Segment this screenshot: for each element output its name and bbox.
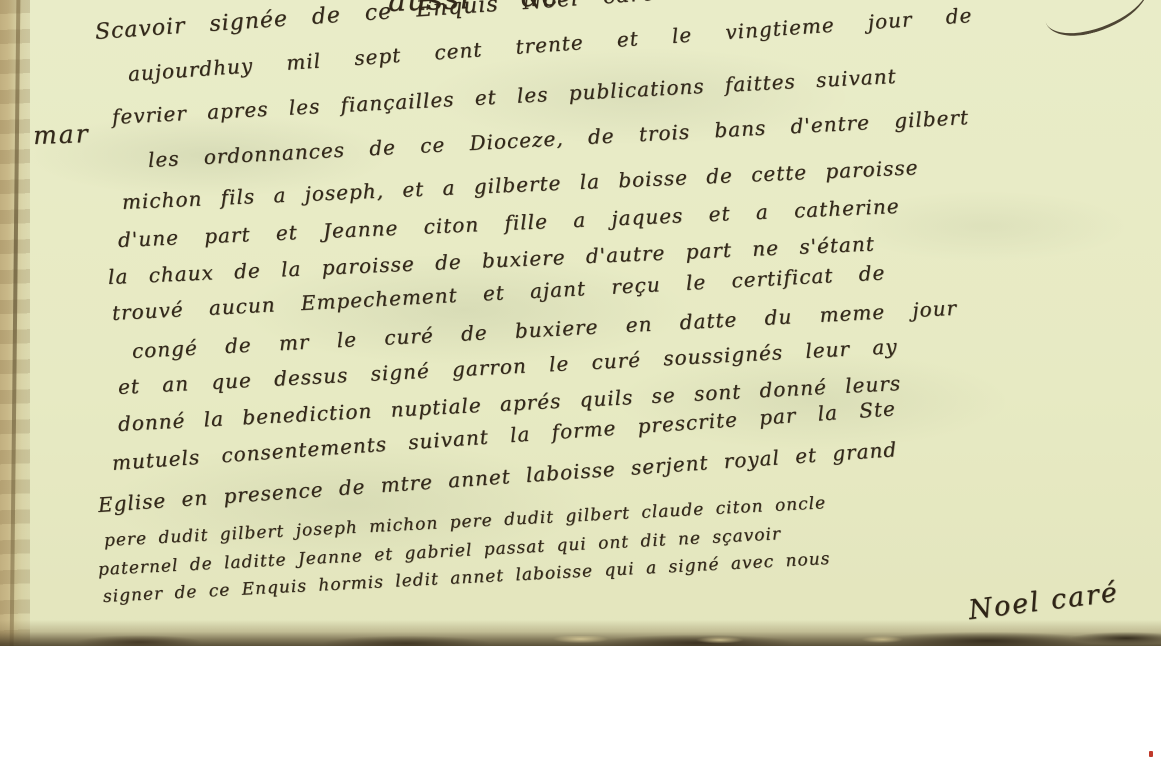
priest-signature: Noel caré [967,577,1121,626]
margin-note: mar [33,119,91,150]
manuscript-scan: aussi de Scavoir signée de ce Enquis Noe… [0,0,1161,646]
white-margin [0,646,1161,759]
ink-flourish-top-right [1036,0,1157,43]
red-speck [1149,751,1153,757]
screenshot-canvas: aussi de Scavoir signée de ce Enquis Noe… [0,0,1161,759]
torn-paper-bits [0,636,1161,646]
